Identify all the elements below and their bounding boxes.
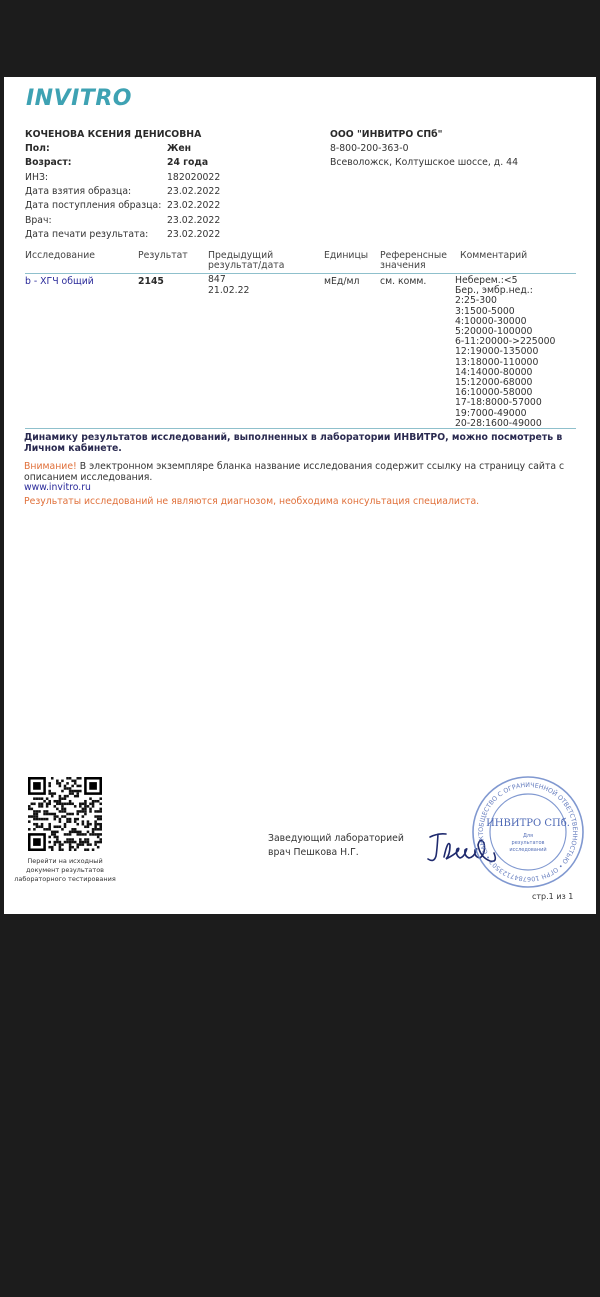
- reference-value: см. комм.: [380, 275, 426, 289]
- page-indicator: стр.1 из 1: [532, 890, 573, 904]
- patient-field-label: ИНЗ:: [25, 171, 48, 185]
- qr-caption: Перейти на исходный документ результатов…: [12, 857, 118, 884]
- patient-field-value: 23.02.2022: [167, 199, 220, 213]
- patient-field-value: Жен: [167, 142, 191, 156]
- qr-code[interactable]: [28, 777, 102, 851]
- lab-result-document: INVITRO КОЧЕНОВА КСЕНИЯ ДЕНИСОВНА Пол:Же…: [4, 77, 596, 914]
- col-header-result: Результат: [138, 251, 188, 261]
- patient-field-label: Возраст:: [25, 156, 71, 170]
- website-link[interactable]: www.invitro.ru: [24, 483, 91, 494]
- patient-field-label: Пол:: [25, 142, 50, 156]
- attention-note: Внимание! В электронном экземпляре бланк…: [24, 462, 579, 483]
- svg-text:исследований: исследований: [509, 846, 546, 853]
- units-value: мЕд/мл: [324, 275, 359, 289]
- patient-field-value: 23.02.2022: [167, 185, 220, 199]
- previous-result-value: 847: [208, 275, 249, 286]
- table-header-divider: [25, 273, 576, 274]
- col-header-comment: Комментарий: [460, 251, 527, 261]
- comment-reference-ranges: Неберем.:<5 Бер., эмбр.нед.: 2:25-300 3:…: [455, 276, 555, 429]
- col-header-ref-line2: значения: [380, 261, 447, 271]
- previous-result: 847 21.02.22: [208, 275, 249, 296]
- patient-field-label: Дата поступления образца:: [25, 199, 161, 213]
- patient-field-label: Дата взятия образца:: [25, 185, 131, 199]
- lab-stamp-icon: ОБЩЕСТВО С ОГРАНИЧЕННОЙ ОТВЕТСТВЕННОСТЬЮ…: [470, 774, 586, 890]
- col-header-test: Исследование: [25, 251, 95, 261]
- svg-text:ИНВИТРО СПб.: ИНВИТРО СПб.: [486, 818, 570, 829]
- previous-result-date: 21.02.22: [208, 286, 249, 297]
- col-header-prev-line2: результат/дата: [208, 261, 284, 271]
- attention-text: В электронном экземпляре бланка название…: [24, 461, 564, 483]
- lab-address: Всеволожск, Колтушское шоссе, д. 44: [330, 156, 518, 170]
- patient-field-value: 23.02.2022: [167, 214, 220, 228]
- col-header-units: Единицы: [324, 251, 368, 261]
- patient-field-label: Врач:: [25, 214, 52, 228]
- patient-field-value: 23.02.2022: [167, 228, 220, 242]
- test-name-link[interactable]: b - ХГЧ общий: [25, 276, 94, 287]
- patient-field-label: Дата печати результата:: [25, 228, 148, 242]
- lab-name: ООО "ИНВИТРО СПб": [330, 128, 442, 142]
- table-bottom-divider: [25, 428, 576, 429]
- col-header-reference: Референсные значения: [380, 251, 447, 271]
- patient-name: КОЧЕНОВА КСЕНИЯ ДЕНИСОВНА: [25, 128, 201, 142]
- lab-phone: 8-800-200-363-0: [330, 142, 408, 156]
- col-header-prev: Предыдущий результат/дата: [208, 251, 284, 271]
- signer-name: врач Пешкова Н.Г.: [268, 846, 359, 859]
- attention-label: Внимание!: [24, 461, 77, 472]
- svg-text:результатов: результатов: [512, 840, 545, 846]
- invitro-logo: INVITRO: [26, 86, 132, 111]
- signer-title: Заведующий лабораторией: [268, 832, 404, 845]
- svg-text:Для: Для: [523, 833, 533, 839]
- patient-field-value: 24 года: [167, 156, 208, 170]
- patient-field-value: 182020022: [167, 171, 220, 185]
- disclaimer-note: Результаты исследований не являются диаг…: [24, 497, 479, 508]
- result-value: 2145: [138, 275, 164, 289]
- dynamics-note: Динамику результатов исследований, выпол…: [24, 433, 574, 454]
